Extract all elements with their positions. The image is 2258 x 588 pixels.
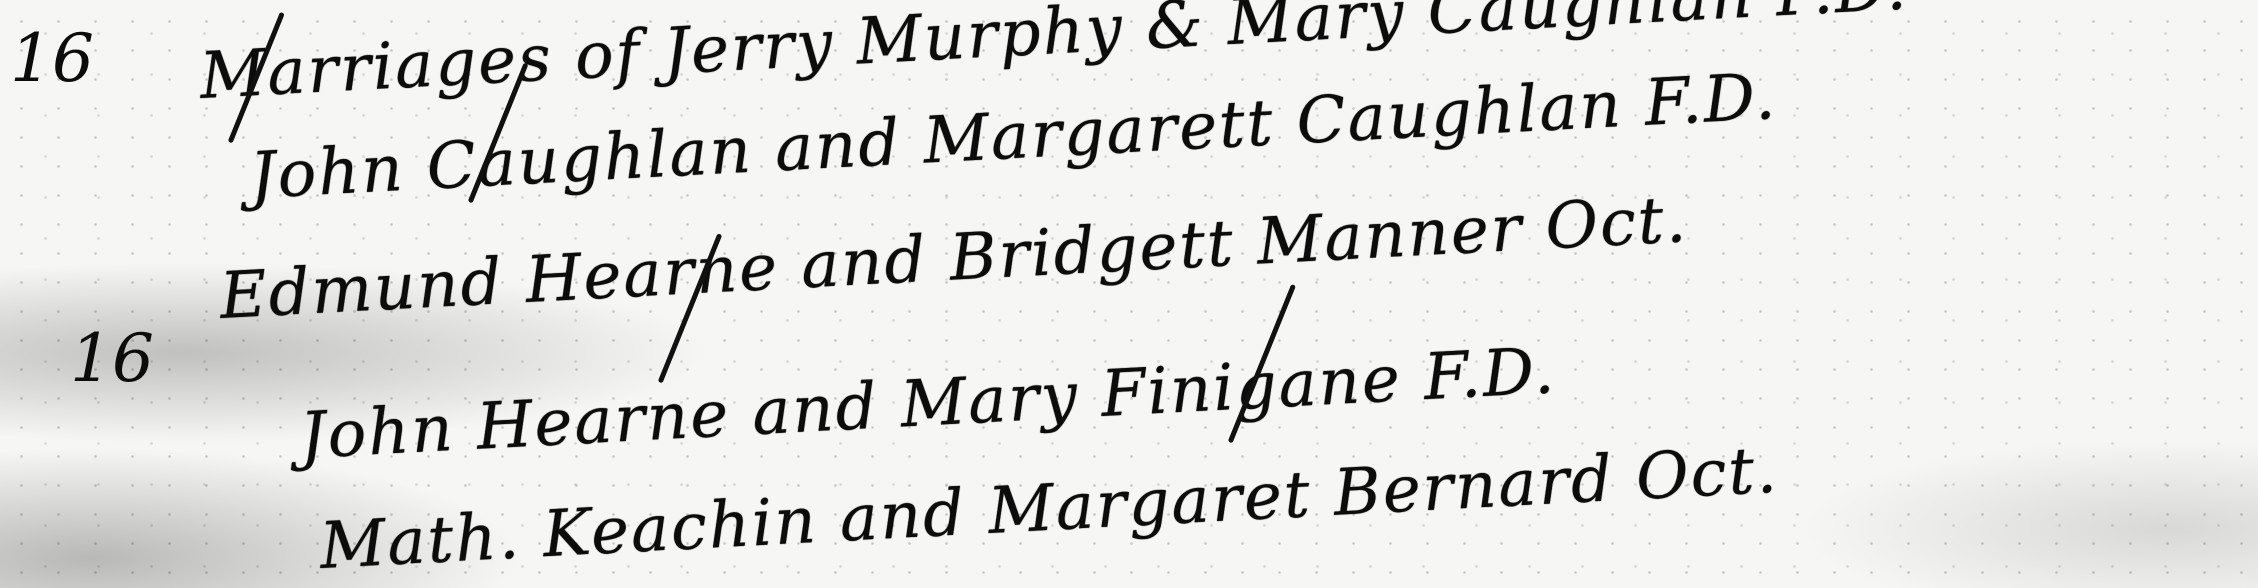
entry-day: 16 bbox=[10, 20, 94, 97]
entry-day: 16 bbox=[70, 320, 154, 397]
